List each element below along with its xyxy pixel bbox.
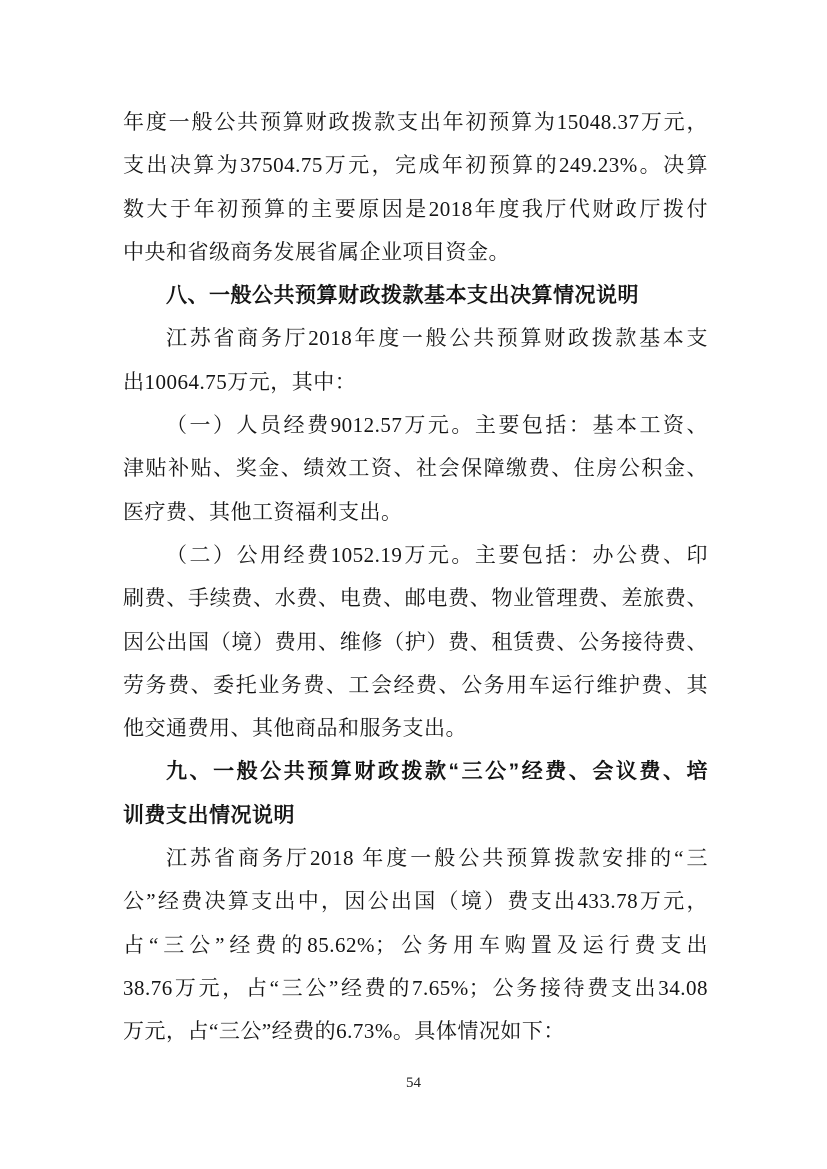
paragraph-line: 数大于年初预算的主要原因是2018年度我厅代财政厅拨付 [123,188,708,231]
paragraph-line: （二）公用经费1052.19万元。主要包括：办公费、印 [123,534,708,577]
paragraph-line: 占“三公”经费的85.62%；公务用车购置及运行费支出 [123,924,708,967]
paragraph-line: 公”经费决算支出中，因公出国（境）费支出433.78万元， [123,880,708,923]
paragraph-line: 他交通费用、其他商品和服务支出。 [123,707,708,750]
page-number: 54 [406,1075,421,1091]
paragraph-line: 支出决算为37504.75万元，完成年初预算的249.23%。决算 [123,144,708,187]
paragraph-line: 江苏省商务厅2018 年度一般公共预算拨款安排的“三 [123,837,708,880]
document-page: 年度一般公共预算财政拨款支出年初预算为15048.37万元，支出决算为37504… [0,0,827,1169]
paragraph-line: 中央和省级商务发展省属企业项目资金。 [123,231,708,274]
paragraph-line: 万元，占“三公”经费的6.73%。具体情况如下： [123,1010,708,1053]
paragraph-line: （一）人员经费9012.57万元。主要包括：基本工资、 [123,404,708,447]
paragraph-line: 刷费、手续费、水费、电费、邮电费、物业管理费、差旅费、 [123,577,708,620]
paragraph-line: 年度一般公共预算财政拨款支出年初预算为15048.37万元， [123,101,708,144]
paragraph-line: 因公出国（境）费用、维修（护）费、租赁费、公务接待费、 [123,621,708,664]
document-body: 年度一般公共预算财政拨款支出年初预算为15048.37万元，支出决算为37504… [123,101,708,1054]
paragraph-line: 津贴补贴、奖金、绩效工资、社会保障缴费、住房公积金、 [123,447,708,490]
paragraph-line: 劳务费、委托业务费、工会经费、公务用车运行维护费、其 [123,664,708,707]
paragraph-line: 38.76万元，占“三公”经费的7.65%；公务接待费支出34.08 [123,967,708,1010]
section-heading-line: 八、一般公共预算财政拨款基本支出决算情况说明 [123,274,708,317]
section-heading-line: 九、一般公共预算财政拨款“三公”经费、会议费、培 [123,750,708,793]
paragraph-line: 江苏省商务厅2018年度一般公共预算财政拨款基本支 [123,317,708,360]
page-footer: 54 [0,1075,827,1092]
paragraph-line: 出10064.75万元，其中： [123,361,708,404]
section-heading-line: 训费支出情况说明 [123,794,708,837]
paragraph-line: 医疗费、其他工资福利支出。 [123,491,708,534]
